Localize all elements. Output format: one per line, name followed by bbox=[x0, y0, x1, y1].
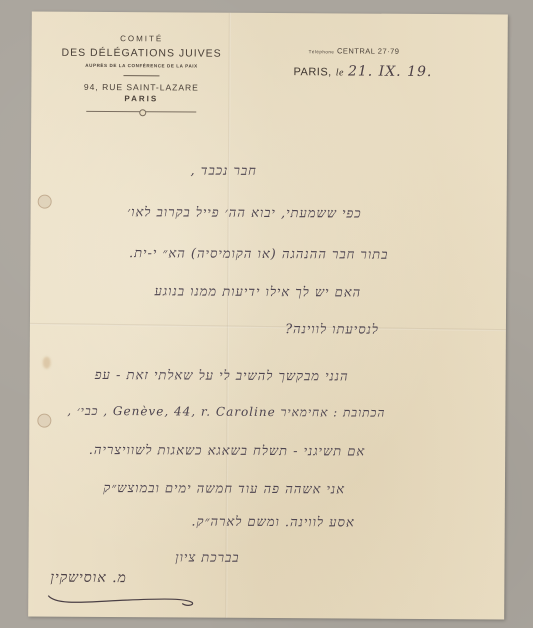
letterhead-address: 94, RUE SAINT-LAZARE bbox=[51, 82, 231, 93]
body-line-4: לנסיעתו לווינה? bbox=[285, 321, 379, 338]
punch-hole-top bbox=[38, 195, 52, 209]
letter-paper: COMITÉ DES DÉLÉGATIONS JUIVES AUPRÈS DE … bbox=[28, 12, 508, 620]
dateline: PARIS, le 21. IX. 19. bbox=[293, 63, 432, 80]
body-line-5: הנני מבקשך להשיב לי על שאלתי זאת ‑ עפ bbox=[95, 367, 349, 385]
letterhead-ornament bbox=[86, 111, 196, 113]
telephone-line: Téléphone CENTRAL 27·79 bbox=[309, 46, 400, 56]
telephone-label: Téléphone bbox=[309, 49, 335, 54]
telephone-number: CENTRAL 27·79 bbox=[337, 46, 400, 55]
letterhead-comite: COMITÉ bbox=[52, 34, 232, 44]
greeting: חבר נכבד , bbox=[191, 163, 257, 179]
body-line-9: אסע לווינה. ומשם לארה״ק. bbox=[191, 514, 354, 531]
letterhead-organization: DES DÉLÉGATIONS JUIVES bbox=[52, 47, 232, 60]
handwritten-date: 21. IX. 19. bbox=[348, 63, 432, 80]
body-line-7: אם תשיגני ‑ תשלח בשאגא כשאגות לשוויצריה. bbox=[89, 442, 366, 460]
body-line-3: האם יש לך אילו ידיעות ממנו בנוגע bbox=[155, 283, 362, 300]
body-line-1: כפי ששמעתי, יבוא הה׳ פייל בקרוב לאו׳ bbox=[127, 204, 362, 221]
dateline-city: PARIS, bbox=[293, 66, 331, 78]
closing: בברכת ציון bbox=[175, 549, 239, 565]
body-line-8: אני אשהה פה עוד חמשה ימים ובמוצש״ק bbox=[103, 480, 345, 497]
letterhead-subtitle: AUPRÈS DE LA CONFÉRENCE DE LA PAIX bbox=[52, 63, 232, 69]
body-line-2: בתור חבר ההנהגה (או הקומיסיה) הא״ י-ית. bbox=[129, 245, 388, 263]
letterhead-city: PARIS bbox=[51, 94, 231, 104]
dateline-le: le bbox=[336, 67, 344, 78]
paper-stain bbox=[43, 357, 51, 369]
letterhead-rule bbox=[123, 75, 159, 76]
body-line-6-address: הכתובת : אחימאיר Genève, 44, r. Caroline… bbox=[67, 404, 385, 421]
letterhead: COMITÉ DES DÉLÉGATIONS JUIVES AUPRÈS DE … bbox=[51, 24, 232, 113]
signature: מ. אוסישקין bbox=[50, 570, 127, 587]
horizontal-fold-line bbox=[30, 323, 506, 331]
punch-hole-bottom bbox=[37, 414, 51, 428]
signature-flourish bbox=[46, 592, 196, 609]
